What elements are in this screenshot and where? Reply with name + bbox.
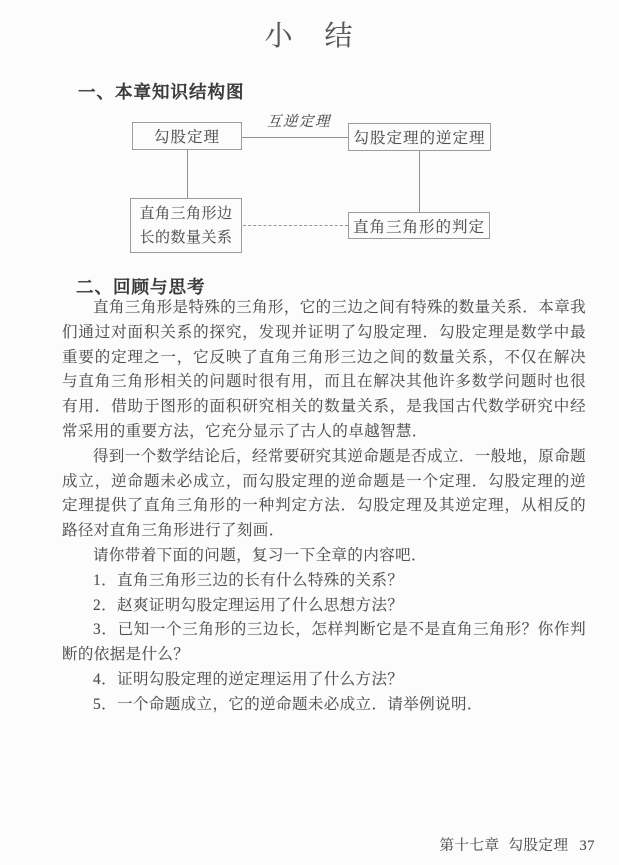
footer-chapter-title: 勾股定理 (509, 838, 569, 854)
box-side-length-relation-line1: 直角三角形边 (139, 202, 232, 226)
paragraph-intro: 直角三角形是特殊的三角形，它的三边之间有特殊的数量关系．本章我们通过对面积关系的… (62, 296, 586, 445)
box-right-triangle-determination: 直角三角形的判定 (348, 212, 490, 239)
connector-horizontal-line (242, 137, 348, 138)
connector-vertical-right (419, 151, 420, 212)
question-item-2: 2．赵爽证明勾股定理运用了什么思想方法？ (62, 594, 586, 619)
paragraph-converse: 得到一个数学结论后，经常要研究其逆命题是否成立．一般地，原命题成立，逆命题未必成… (62, 445, 586, 544)
footer-chapter: 第十七章 (440, 838, 500, 854)
question-item-1: 1．直角三角形三边的长有什么特殊的关系？ (62, 569, 586, 594)
edge-label-inverse-theorems: 互逆定理 (256, 110, 342, 131)
box-pythagorean-theorem: 勾股定理 (132, 122, 242, 150)
box-side-length-relation-line2: 长的数量关系 (139, 226, 232, 250)
connector-vertical-left (187, 150, 188, 198)
page-footer: 第十七章勾股定理37 (440, 834, 596, 855)
box-converse-theorem: 勾股定理的逆定理 (348, 123, 491, 151)
textbook-page: 小 结 一、本章知识结构图 勾股定理 互逆定理 勾股定理的逆定理 直角三角形边 … (0, 0, 619, 865)
paragraph-review-prompt: 请你带着下面的问题，复习一下全章的内容吧． (62, 544, 586, 569)
question-item-5: 5．一个命题成立，它的逆命题未必成立．请举例说明． (62, 693, 586, 718)
connector-dashed-line (243, 225, 348, 226)
question-item-4: 4．证明勾股定理的逆定理运用了什么方法？ (62, 668, 586, 693)
question-item-3: 3．已知一个三角形的三边长，怎样判断它是不是直角三角形？你作判断的依据是什么？ (62, 618, 586, 668)
box-side-length-relation: 直角三角形边 长的数量关系 (130, 198, 242, 253)
body-text: 直角三角形是特殊的三角形，它的三边之间有特殊的数量关系．本章我们通过对面积关系的… (62, 296, 586, 718)
footer-page-number: 37 (580, 838, 596, 854)
